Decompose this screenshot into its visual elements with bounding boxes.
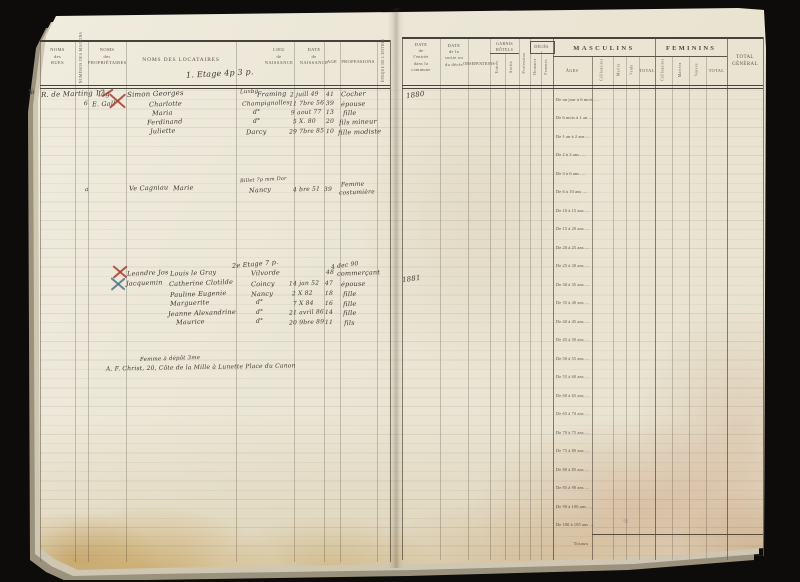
ink-marks-layer xyxy=(0,0,800,582)
census-register-scan: NOMS des RUES NUMÉROS DES MAISONS NOMS d… xyxy=(0,0,800,582)
